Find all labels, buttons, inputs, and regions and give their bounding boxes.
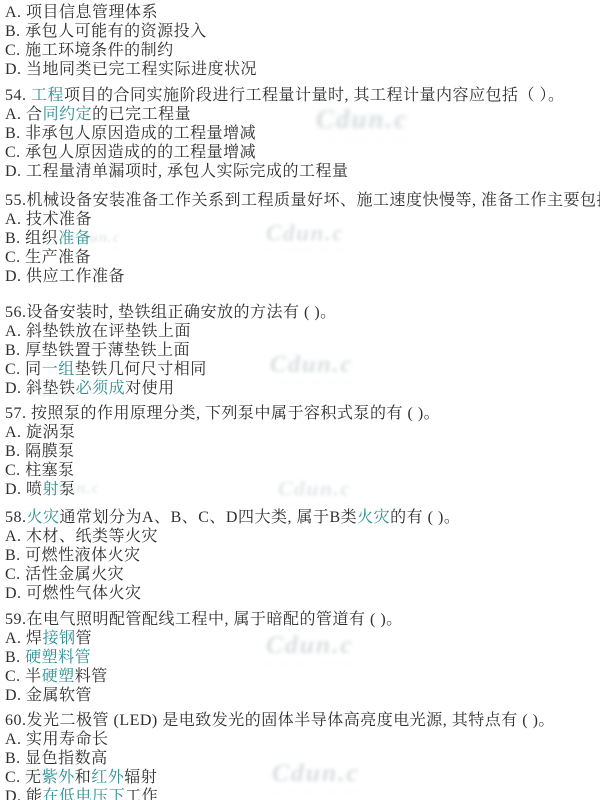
- option-line: D. 能在低电压下工作: [5, 787, 600, 800]
- option-line: D. 当地同类已完工程实际进度状况: [5, 60, 600, 79]
- question-title: 58.火灾通常划分为A、B、C、D四大类, 属于B类火灾的有 ( )。: [5, 508, 600, 527]
- option-line: C. 无紫外和红外辐射: [5, 768, 600, 787]
- exam-document-page: Cdun.c·· ··· ···· ·· ··· ····Cdun.c·· ··…: [0, 0, 600, 800]
- option-line: A. 焊接钢管: [5, 629, 600, 648]
- question-block-58: 58.火灾通常划分为A、B、C、D四大类, 属于B类火灾的有 ( )。 A. 木…: [5, 508, 600, 603]
- option-line: D. 金属软管: [5, 686, 600, 705]
- option-line: B. 可燃性液体火灾: [5, 546, 600, 565]
- option-line: C. 生产准备: [5, 248, 600, 267]
- option-line: C. 施工环境条件的制约: [5, 41, 600, 60]
- question-title: 59.在电气照明配管配线工程中, 属于暗配的管道有 ( )。: [5, 610, 600, 629]
- option-line: A. 实用寿命长: [5, 730, 600, 749]
- questions-content: A. 项目信息管理体系 B. 承包人可能有的资源投入 C. 施工环境条件的制约 …: [5, 3, 600, 800]
- question-title: 57. 按照泵的作用原理分类, 下列泵中属于容积式泵的有 ( )。: [5, 404, 600, 423]
- option-line: B. 承包人可能有的资源投入: [5, 22, 600, 41]
- option-line: B. 厚垫铁置于薄垫铁上面: [5, 341, 600, 360]
- option-line: B. 隔膜泵: [5, 442, 600, 461]
- option-line: A. 技术准备: [5, 210, 600, 229]
- option-line: B. 显色指数高: [5, 749, 600, 768]
- question-block-60: 60.发光二极管 (LED) 是电致发光的固体半导体高亮度电光源, 其特点有 (…: [5, 711, 600, 800]
- option-line: C. 柱塞泵: [5, 461, 600, 480]
- option-line: D. 喷射泵: [5, 480, 600, 499]
- question-title: 60.发光二极管 (LED) 是电致发光的固体半导体高亮度电光源, 其特点有 (…: [5, 711, 600, 730]
- option-line: A. 项目信息管理体系: [5, 3, 600, 22]
- question-block-56: 56.设备安装时, 垫铁组正确安放的方法有 ( )。 A. 斜垫铁放在评垫铁上面…: [5, 303, 600, 398]
- option-line: A. 木材、纸类等火灾: [5, 527, 600, 546]
- option-line: A. 旋涡泵: [5, 423, 600, 442]
- question-title: 55.机械设备安装准备工作关系到工程质量好坏、施工速度快慢等, 准备工作主要包括: [5, 191, 600, 210]
- option-line: D. 供应工作准备: [5, 267, 600, 286]
- option-line: D. 斜垫铁必须成对使用: [5, 379, 600, 398]
- option-line: C. 半硬塑料管: [5, 667, 600, 686]
- option-line: A. 合同约定的已完工程量: [5, 105, 600, 124]
- option-line: C. 同一组垫铁几何尺寸相同: [5, 360, 600, 379]
- option-line: D. 工程量清单漏项时, 承包人实际完成的工程量: [5, 162, 600, 181]
- option-line: C. 承包人原因造成的的工程量增减: [5, 143, 600, 162]
- question-block-54: 54. 工程项目的合同实施阶段进行工程量计量时, 其工程计量内容应包括（ ）。 …: [5, 86, 600, 181]
- option-line: B. 硬塑料管: [5, 648, 600, 667]
- option-line: A. 斜垫铁放在评垫铁上面: [5, 322, 600, 341]
- option-line: D. 可燃性气体火灾: [5, 584, 600, 603]
- question-block-55: 55.机械设备安装准备工作关系到工程质量好坏、施工速度快慢等, 准备工作主要包括…: [5, 191, 600, 286]
- question-block-57: 57. 按照泵的作用原理分类, 下列泵中属于容积式泵的有 ( )。 A. 旋涡泵…: [5, 404, 600, 499]
- question-block-59: 59.在电气照明配管配线工程中, 属于暗配的管道有 ( )。 A. 焊接钢管 B…: [5, 610, 600, 705]
- question-title: 54. 工程项目的合同实施阶段进行工程量计量时, 其工程计量内容应包括（ ）。: [5, 86, 600, 105]
- option-line: B. 组织准备: [5, 229, 600, 248]
- question-title: 56.设备安装时, 垫铁组正确安放的方法有 ( )。: [5, 303, 600, 322]
- question-options-continued: A. 项目信息管理体系 B. 承包人可能有的资源投入 C. 施工环境条件的制约 …: [5, 3, 600, 79]
- option-line: C. 活性金属火灾: [5, 565, 600, 584]
- option-line: B. 非承包人原因造成的工程量增减: [5, 124, 600, 143]
